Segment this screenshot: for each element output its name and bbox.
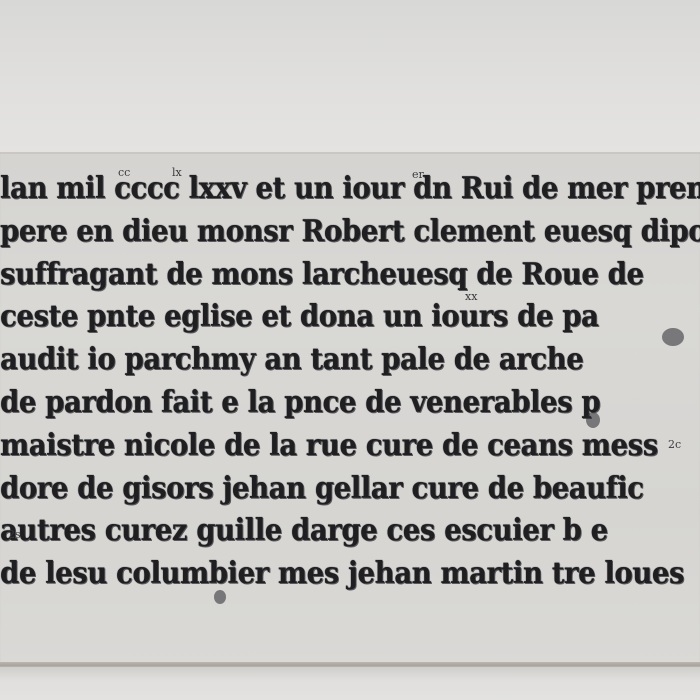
superscript-mark: er	[412, 168, 424, 181]
inscription-line-2: pere en dieu monsr Robert clement euesq …	[0, 211, 662, 253]
inscription-line-9: autres curez guille darge ces escuier b …	[0, 510, 662, 552]
inscription-line-1: lan mil cccc lxxv et un iour dn Rui de m…	[0, 168, 662, 210]
inscription-line-5: audit io parchmy an tant pale de arche	[0, 339, 662, 381]
superscript-mark: 2s	[8, 528, 21, 541]
superscript-mark: cc	[118, 166, 130, 179]
inscription-line-6: de pardon fait e la pnce de venerables p	[0, 382, 662, 424]
ink-stain	[662, 328, 684, 346]
superscript-mark: xx	[465, 290, 477, 303]
inscription-line-4: ceste pnte eglise et dona un iours de pa	[0, 296, 662, 338]
wall-background-bottom	[0, 667, 700, 700]
ink-stain	[214, 590, 226, 604]
inscription-line-8: dore de gisors jehan gellar cure de beau…	[0, 468, 662, 510]
inscription-line-3: suffragant de mons larcheuesq de Roue de	[0, 254, 662, 296]
inscription-line-7: maistre nicole de la rue cure de ceans m…	[0, 425, 662, 467]
ink-stain	[586, 412, 600, 428]
inscription-line-10: de lesu columbier mes jehan martin tre l…	[0, 553, 662, 595]
inscription-text: lan mil cccc lxxv et un iour dn Rui de m…	[0, 168, 700, 596]
superscript-mark: lx	[172, 166, 182, 179]
wall-background-top	[0, 0, 700, 153]
superscript-mark: 2c	[668, 438, 681, 451]
